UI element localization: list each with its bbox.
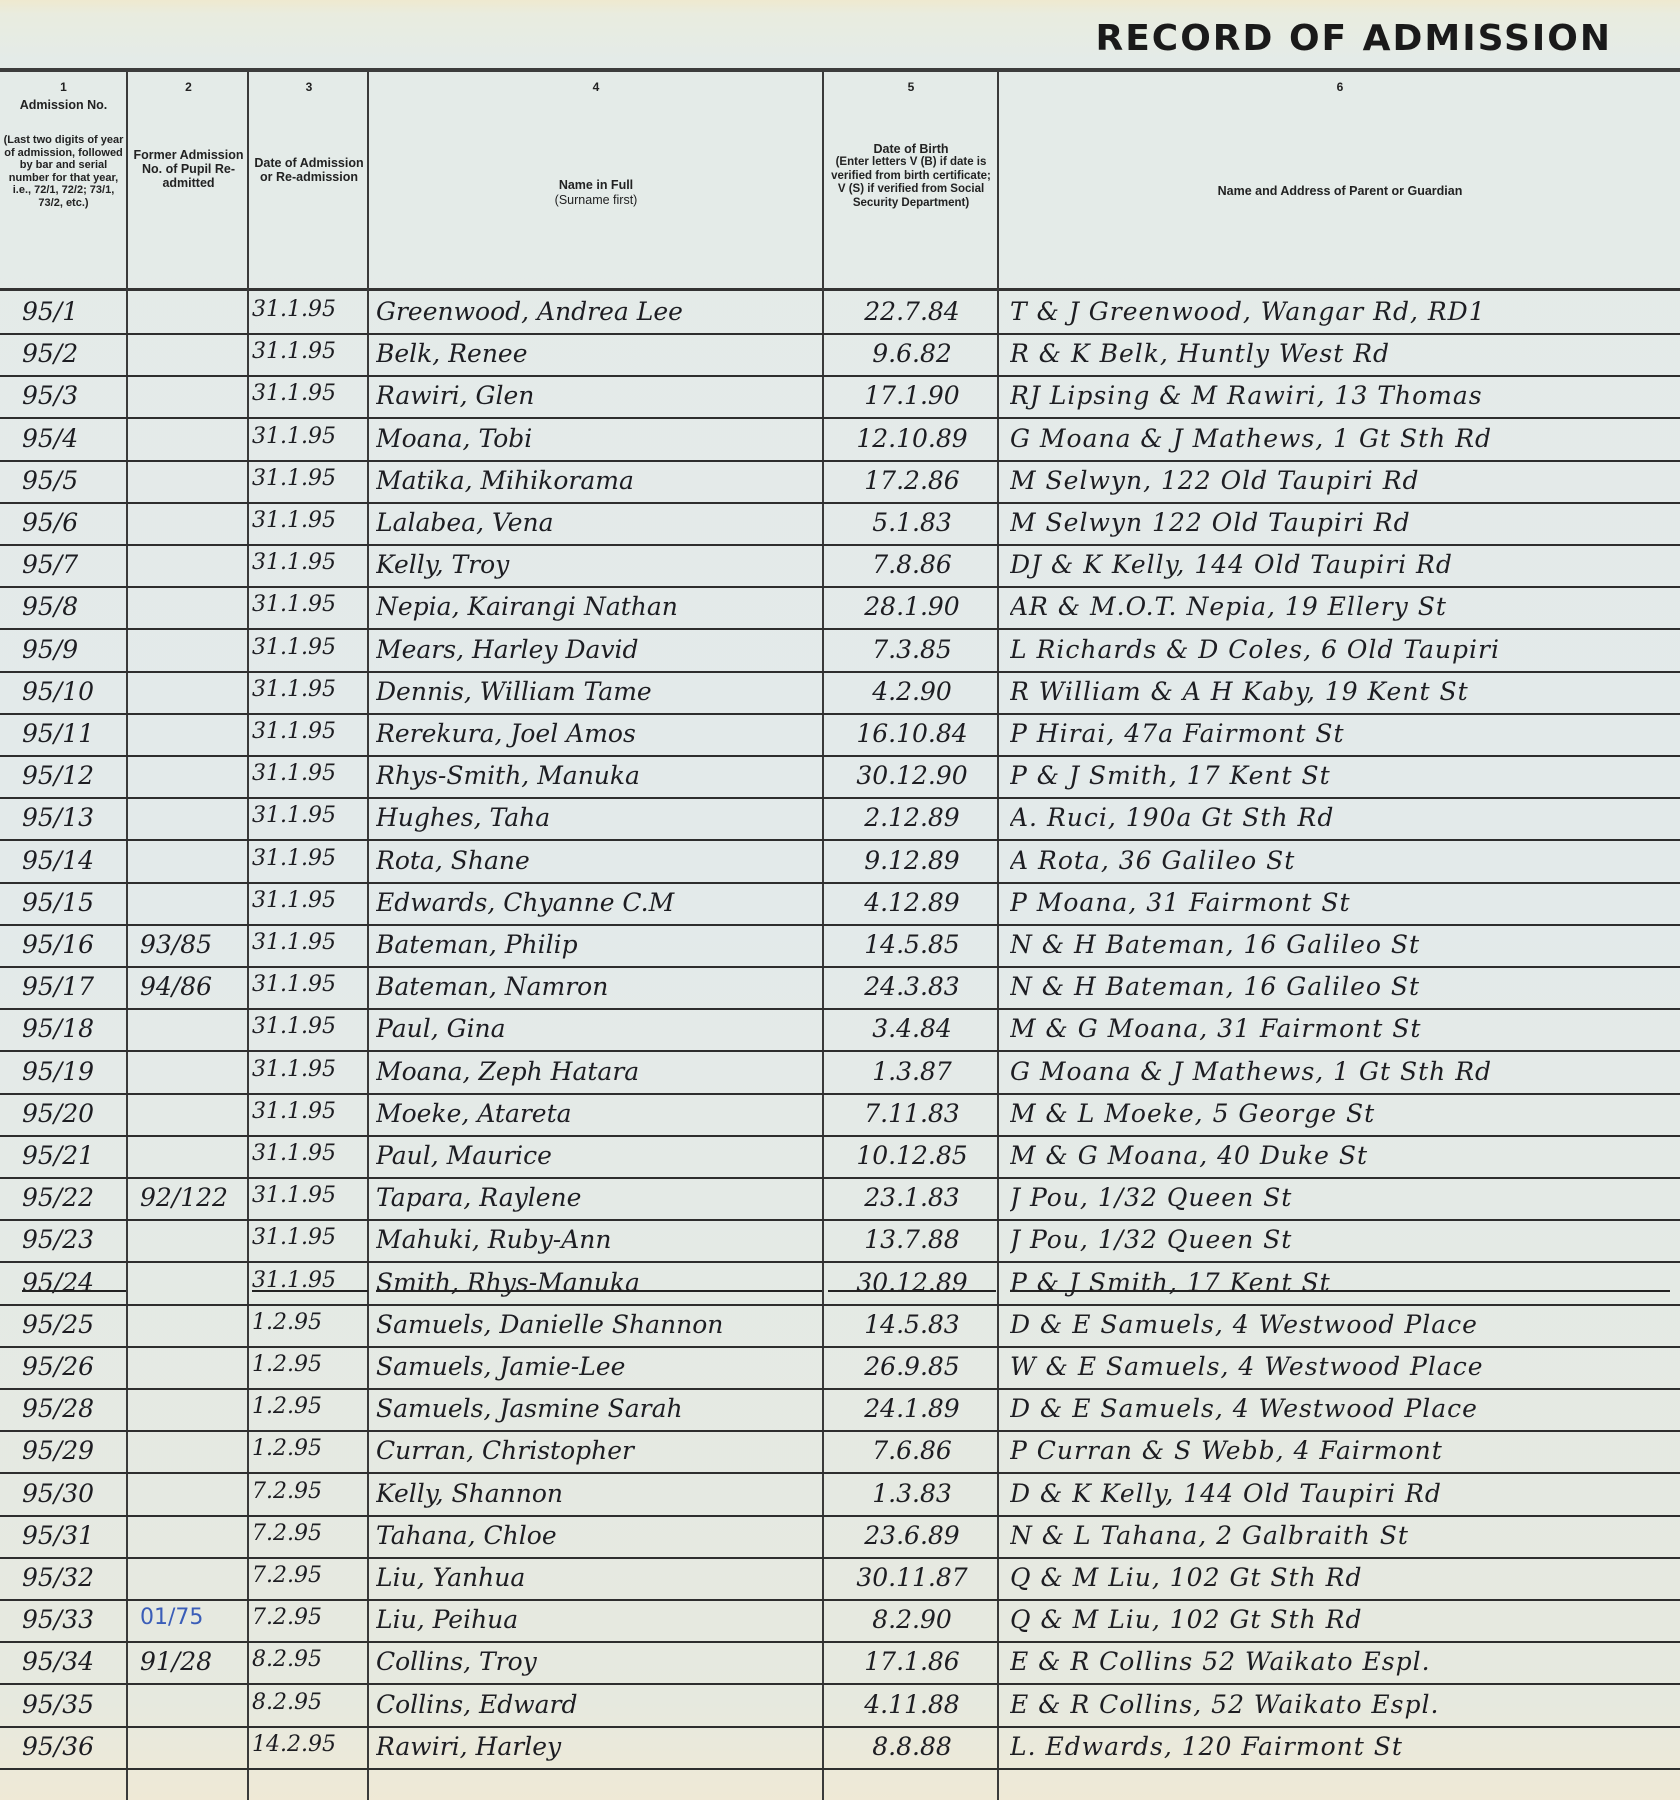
date-of-birth: 26.9.85 [828, 1352, 996, 1381]
admission-date: 31.1.95 [252, 930, 368, 955]
admission-number: 95/9 [22, 635, 126, 664]
pupil-name: Rerekura, Joel Amos [376, 719, 822, 748]
table-row: 95/15 31.1.95 Edwards, Chyanne C.M 4.12.… [0, 882, 1680, 926]
table-row: 95/4 31.1.95 Moana, Tobi 12.10.89 G Moan… [0, 418, 1680, 462]
admission-number: 95/11 [22, 719, 126, 748]
date-of-birth: 12.10.89 [828, 424, 996, 453]
pupil-name: Lalabea, Vena [376, 508, 822, 537]
date-of-birth: 5.1.83 [828, 508, 996, 537]
admission-number: 95/5 [22, 466, 126, 495]
table-row: 95/35 8.2.95 Collins, Edward 4.11.88 E &… [0, 1684, 1680, 1728]
header-col-2: 2 Former Admission No. of Pupil Re-admit… [129, 72, 248, 288]
pupil-name: Samuels, Danielle Shannon [376, 1310, 822, 1339]
parent-guardian: M Selwyn 122 Old Taupiri Rd [1010, 508, 1670, 537]
admission-number: 95/19 [22, 1057, 126, 1086]
date-of-birth: 9.12.89 [828, 846, 996, 875]
admission-date: 14.2.95 [252, 1732, 368, 1757]
parent-guardian: R & K Belk, Huntly West Rd [1010, 339, 1670, 368]
parent-guardian: M & L Moeke, 5 George St [1010, 1099, 1670, 1128]
admission-number: 95/14 [22, 846, 126, 875]
admission-number: 95/31 [22, 1521, 126, 1550]
admission-date: 1.2.95 [252, 1436, 368, 1461]
col-4-note: (Surname first) [372, 193, 820, 207]
table-row: 95/25 1.2.95 Samuels, Danielle Shannon 1… [0, 1304, 1680, 1348]
pupil-name: Paul, Maurice [376, 1141, 822, 1170]
date-of-birth: 1.3.83 [828, 1479, 996, 1508]
parent-guardian: A. Ruci, 190a Gt Sth Rd [1010, 803, 1670, 832]
parent-guardian: D & E Samuels, 4 Westwood Place [1010, 1394, 1670, 1423]
pupil-name: Rawiri, Glen [376, 381, 822, 410]
parent-guardian: J Pou, 1/32 Queen St [1010, 1225, 1670, 1254]
date-of-birth: 14.5.83 [828, 1310, 996, 1339]
former-admission-number: 92/122 [140, 1183, 248, 1212]
table-row: 95/2 31.1.95 Belk, Renee 9.6.82 R & K Be… [0, 333, 1680, 377]
admission-number: 95/36 [22, 1732, 126, 1761]
table-row: 95/9 31.1.95 Mears, Harley David 7.3.85 … [0, 629, 1680, 673]
admission-number: 95/20 [22, 1099, 126, 1128]
table-row: 95/22 92/122 31.1.95 Tapara, Raylene 23.… [0, 1177, 1680, 1221]
admission-number: 95/26 [22, 1352, 126, 1381]
date-of-birth: 7.8.86 [828, 550, 996, 579]
pupil-name: Greenwood, Andrea Lee [376, 297, 822, 326]
parent-guardian: N & L Tahana, 2 Galbraith St [1010, 1521, 1670, 1550]
admission-number: 95/22 [22, 1183, 126, 1212]
pupil-name: Paul, Gina [376, 1014, 822, 1043]
admission-date: 31.1.95 [252, 466, 368, 491]
parent-guardian: P & J Smith, 17 Kent St [1010, 1268, 1670, 1297]
parent-guardian: G Moana & J Mathews, 1 Gt Sth Rd [1010, 424, 1670, 453]
parent-guardian: L Richards & D Coles, 6 Old Taupiri [1010, 635, 1670, 664]
pupil-name: Nepia, Kairangi Nathan [376, 592, 822, 621]
table-row: 95/5 31.1.95 Matika, Mihikorama 17.2.86 … [0, 460, 1680, 504]
parent-guardian: E & R Collins, 52 Waikato Espl. [1010, 1690, 1670, 1719]
admission-date: 31.1.95 [252, 719, 368, 744]
admission-number: 95/17 [22, 972, 126, 1001]
admission-date: 1.2.95 [252, 1394, 368, 1419]
admission-date: 7.2.95 [252, 1605, 368, 1630]
pupil-name: Kelly, Shannon [376, 1479, 822, 1508]
pupil-name: Belk, Renee [376, 339, 822, 368]
pupil-name: Tapara, Raylene [376, 1183, 822, 1212]
admission-number: 95/15 [22, 888, 126, 917]
pupil-name: Samuels, Jasmine Sarah [376, 1394, 822, 1423]
admission-number: 95/6 [22, 508, 126, 537]
header-col-1: 1 Admission No. (Last two digits of year… [0, 72, 127, 288]
parent-guardian: M & G Moana, 40 Duke St [1010, 1141, 1670, 1170]
parent-guardian: E & R Collins 52 Waikato Espl. [1010, 1647, 1670, 1676]
parent-guardian: J Pou, 1/32 Queen St [1010, 1183, 1670, 1212]
table-row: 95/12 31.1.95 Rhys-Smith, Manuka 30.12.9… [0, 755, 1680, 799]
col-2-number: 2 [129, 80, 248, 94]
date-of-birth: 4.11.88 [828, 1690, 996, 1719]
pupil-name: Curran, Christopher [376, 1436, 822, 1465]
table-row: 95/29 1.2.95 Curran, Christopher 7.6.86 … [0, 1430, 1680, 1474]
date-of-birth: 4.2.90 [828, 677, 996, 706]
pupil-name: Moana, Tobi [376, 424, 822, 453]
pupil-name: Tahana, Chloe [376, 1521, 822, 1550]
admission-date: 31.1.95 [252, 677, 368, 702]
admission-date: 31.1.95 [252, 592, 368, 617]
pupil-name: Dennis, William Tame [376, 677, 822, 706]
admission-number: 95/24 [22, 1268, 126, 1297]
parent-guardian: AR & M.O.T. Nepia, 19 Ellery St [1010, 592, 1670, 621]
date-of-birth: 9.6.82 [828, 339, 996, 368]
table-row: 95/18 31.1.95 Paul, Gina 3.4.84 M & G Mo… [0, 1008, 1680, 1052]
admission-number: 95/28 [22, 1394, 126, 1423]
admission-date: 1.2.95 [252, 1352, 368, 1377]
admission-number: 95/7 [22, 550, 126, 579]
header-col-4: 4 Name in Full (Surname first) [370, 72, 822, 288]
admission-register-table: 1 Admission No. (Last two digits of year… [0, 68, 1680, 1800]
col-3-label: Date of Admission or Re-admission [252, 156, 366, 184]
parent-guardian: W & E Samuels, 4 Westwood Place [1010, 1352, 1670, 1381]
admission-number: 95/3 [22, 381, 126, 410]
pupil-name: Bateman, Philip [376, 930, 822, 959]
admission-date: 31.1.95 [252, 1099, 368, 1124]
header-col-5: 5 Date of Birth (Enter letters V (B) if … [824, 72, 998, 288]
parent-guardian: P Moana, 31 Fairmont St [1010, 888, 1670, 917]
date-of-birth: 7.11.83 [828, 1099, 996, 1128]
parent-guardian: RJ Lipsing & M Rawiri, 13 Thomas [1010, 381, 1670, 410]
col-5-label: Date of Birth [826, 142, 996, 156]
table-row: 95/7 31.1.95 Kelly, Troy 7.8.86 DJ & K K… [0, 544, 1680, 588]
col-1-label: Admission No. [2, 98, 125, 112]
parent-guardian: DJ & K Kelly, 144 Old Taupiri Rd [1010, 550, 1670, 579]
pupil-name: Liu, Yanhua [376, 1563, 822, 1592]
date-of-birth: 30.12.90 [828, 761, 996, 790]
parent-guardian: D & E Samuels, 4 Westwood Place [1010, 1310, 1670, 1339]
date-of-birth: 13.7.88 [828, 1225, 996, 1254]
parent-guardian: Q & M Liu, 102 Gt Sth Rd [1010, 1563, 1670, 1592]
date-of-birth: 17.2.86 [828, 466, 996, 495]
admission-date: 7.2.95 [252, 1563, 368, 1588]
parent-guardian: A Rota, 36 Galileo St [1010, 846, 1670, 875]
header-col-6: 6 Name and Address of Parent or Guardian [1000, 72, 1680, 288]
table-row: 95/30 7.2.95 Kelly, Shannon 1.3.83 D & K… [0, 1473, 1680, 1517]
admission-number: 95/1 [22, 297, 126, 326]
table-header: 1 Admission No. (Last two digits of year… [0, 72, 1680, 291]
admission-date: 7.2.95 [252, 1521, 368, 1546]
col-4-number: 4 [370, 80, 822, 94]
col-2-label: Former Admission No. of Pupil Re-admitte… [131, 148, 246, 190]
admission-date: 31.1.95 [252, 635, 368, 660]
admission-date: 1.2.95 [252, 1310, 368, 1335]
admission-date: 31.1.95 [252, 888, 368, 913]
admission-date: 31.1.95 [252, 761, 368, 786]
pupil-name: Moana, Zeph Hatara [376, 1057, 822, 1086]
date-of-birth: 1.3.87 [828, 1057, 996, 1086]
header-col-3: 3 Date of Admission or Re-admission [250, 72, 368, 288]
admission-date: 31.1.95 [252, 550, 368, 575]
col-5-note: (Enter letters V (B) if date is verified… [826, 156, 996, 210]
date-of-birth: 17.1.86 [828, 1647, 996, 1676]
admission-number: 95/21 [22, 1141, 126, 1170]
col-5-number: 5 [824, 80, 998, 94]
date-of-birth: 24.3.83 [828, 972, 996, 1001]
col-6-label: Name and Address of Parent or Guardian [1002, 184, 1678, 198]
date-of-birth: 3.4.84 [828, 1014, 996, 1043]
table-row: 95/19 31.1.95 Moana, Zeph Hatara 1.3.87 … [0, 1051, 1680, 1095]
col-1-note: (Last two digits of year of admission, f… [2, 134, 125, 209]
date-of-birth: 28.1.90 [828, 592, 996, 621]
date-of-birth: 23.1.83 [828, 1183, 996, 1212]
date-of-birth: 30.12.89 [828, 1268, 996, 1297]
pupil-name: Rawiri, Harley [376, 1732, 822, 1761]
admission-number: 95/13 [22, 803, 126, 832]
former-admission-number: 01/75 [140, 1605, 248, 1630]
admission-date: 8.2.95 [252, 1647, 368, 1672]
col-4-label: Name in Full [372, 178, 820, 192]
parent-guardian: P & J Smith, 17 Kent St [1010, 761, 1670, 790]
admission-date: 31.1.95 [252, 508, 368, 533]
pupil-name: Rota, Shane [376, 846, 822, 875]
table-row: 95/26 1.2.95 Samuels, Jamie-Lee 26.9.85 … [0, 1346, 1680, 1390]
date-of-birth: 10.12.85 [828, 1141, 996, 1170]
admission-number: 95/29 [22, 1436, 126, 1465]
admission-date: 31.1.95 [252, 1268, 368, 1293]
table-row: 95/14 31.1.95 Rota, Shane 9.12.89 A Rota… [0, 840, 1680, 884]
pupil-name: Bateman, Namron [376, 972, 822, 1001]
col-6-number: 6 [1000, 80, 1680, 94]
table-row: 95/1 31.1.95 Greenwood, Andrea Lee 22.7.… [0, 291, 1680, 335]
parent-guardian: T & J Greenwood, Wangar Rd, RD1 [1010, 297, 1670, 326]
admission-number: 95/30 [22, 1479, 126, 1508]
pupil-name: Rhys-Smith, Manuka [376, 761, 822, 790]
table-row: 95/11 31.1.95 Rerekura, Joel Amos 16.10.… [0, 713, 1680, 757]
admission-date: 31.1.95 [252, 424, 368, 449]
parent-guardian: P Hirai, 47a Fairmont St [1010, 719, 1670, 748]
admission-number: 95/12 [22, 761, 126, 790]
admission-number: 95/2 [22, 339, 126, 368]
admission-date: 31.1.95 [252, 846, 368, 871]
pupil-name: Mahuki, Ruby-Ann [376, 1225, 822, 1254]
table-row: 95/8 31.1.95 Nepia, Kairangi Nathan 28.1… [0, 586, 1680, 630]
pupil-name: Matika, Mihikorama [376, 466, 822, 495]
admission-date: 31.1.95 [252, 381, 368, 406]
pupil-name: Collins, Troy [376, 1647, 822, 1676]
former-admission-number: 94/86 [140, 972, 248, 1001]
date-of-birth: 8.8.88 [828, 1732, 996, 1761]
date-of-birth: 17.1.90 [828, 381, 996, 410]
admission-date: 31.1.95 [252, 803, 368, 828]
table-row: 95/21 31.1.95 Paul, Maurice 10.12.85 M &… [0, 1135, 1680, 1179]
pupil-name: Kelly, Troy [376, 550, 822, 579]
table-row: 95/17 94/86 31.1.95 Bateman, Namron 24.3… [0, 966, 1680, 1010]
parent-guardian: L. Edwards, 120 Fairmont St [1010, 1732, 1670, 1761]
date-of-birth: 24.1.89 [828, 1394, 996, 1423]
table-row: 95/10 31.1.95 Dennis, William Tame 4.2.9… [0, 671, 1680, 715]
table-row: 95/3 31.1.95 Rawiri, Glen 17.1.90 RJ Lip… [0, 375, 1680, 419]
table-row: 95/34 91/28 8.2.95 Collins, Troy 17.1.86… [0, 1641, 1680, 1685]
former-admission-number: 93/85 [140, 930, 248, 959]
table-row: 95/24 31.1.95 Smith, Rhys-Manuka 30.12.8… [0, 1262, 1680, 1306]
table-row: 95/16 93/85 31.1.95 Bateman, Philip 14.5… [0, 924, 1680, 968]
date-of-birth: 7.6.86 [828, 1436, 996, 1465]
date-of-birth: 4.12.89 [828, 888, 996, 917]
admission-number: 95/32 [22, 1563, 126, 1592]
table-row: 95/13 31.1.95 Hughes, Taha 2.12.89 A. Ru… [0, 797, 1680, 841]
parent-guardian: P Curran & S Webb, 4 Fairmont [1010, 1436, 1670, 1465]
admission-date: 31.1.95 [252, 339, 368, 364]
col-1-number: 1 [0, 80, 127, 94]
admission-date: 31.1.95 [252, 1057, 368, 1082]
date-of-birth: 2.12.89 [828, 803, 996, 832]
date-of-birth: 14.5.85 [828, 930, 996, 959]
pupil-name: Liu, Peihua [376, 1605, 822, 1634]
admission-number: 95/18 [22, 1014, 126, 1043]
date-of-birth: 30.11.87 [828, 1563, 996, 1592]
table-row: 95/28 1.2.95 Samuels, Jasmine Sarah 24.1… [0, 1388, 1680, 1432]
pupil-name: Mears, Harley David [376, 635, 822, 664]
date-of-birth: 16.10.84 [828, 719, 996, 748]
table-row: 95/23 31.1.95 Mahuki, Ruby-Ann 13.7.88 J… [0, 1219, 1680, 1263]
parent-guardian: M Selwyn, 122 Old Taupiri Rd [1010, 466, 1670, 495]
admission-date: 31.1.95 [252, 1225, 368, 1250]
parent-guardian: R William & A H Kaby, 19 Kent St [1010, 677, 1670, 706]
pupil-name: Samuels, Jamie-Lee [376, 1352, 822, 1381]
former-admission-number: 91/28 [140, 1647, 248, 1676]
admission-date: 31.1.95 [252, 1141, 368, 1166]
pupil-name: Moeke, Atareta [376, 1099, 822, 1128]
date-of-birth: 22.7.84 [828, 297, 996, 326]
col-3-number: 3 [250, 80, 368, 94]
date-of-birth: 23.6.89 [828, 1521, 996, 1550]
admission-date: 31.1.95 [252, 1014, 368, 1039]
table-row: 95/33 01/75 7.2.95 Liu, Peihua 8.2.90 Q … [0, 1599, 1680, 1643]
table-row: 95/32 7.2.95 Liu, Yanhua 30.11.87 Q & M … [0, 1557, 1680, 1601]
admission-date: 31.1.95 [252, 972, 368, 997]
pupil-name: Hughes, Taha [376, 803, 822, 832]
date-of-birth: 7.3.85 [828, 635, 996, 664]
table-row: 95/31 7.2.95 Tahana, Chloe 23.6.89 N & L… [0, 1515, 1680, 1559]
admission-number: 95/23 [22, 1225, 126, 1254]
parent-guardian: D & K Kelly, 144 Old Taupiri Rd [1010, 1479, 1670, 1508]
pupil-name: Collins, Edward [376, 1690, 822, 1719]
table-row: 95/36 14.2.95 Rawiri, Harley 8.8.88 L. E… [0, 1726, 1680, 1770]
admission-number: 95/35 [22, 1690, 126, 1719]
page-title: RECORD OF ADMISSION [1095, 18, 1612, 59]
admission-date: 7.2.95 [252, 1479, 368, 1504]
parent-guardian: N & H Bateman, 16 Galileo St [1010, 930, 1670, 959]
admission-number: 95/34 [22, 1647, 126, 1676]
admission-number: 95/33 [22, 1605, 126, 1634]
parent-guardian: N & H Bateman, 16 Galileo St [1010, 972, 1670, 1001]
date-of-birth: 8.2.90 [828, 1605, 996, 1634]
admission-number: 95/25 [22, 1310, 126, 1339]
admission-number: 95/8 [22, 592, 126, 621]
table-row: 95/6 31.1.95 Lalabea, Vena 5.1.83 M Selw… [0, 502, 1680, 546]
admission-date: 8.2.95 [252, 1690, 368, 1715]
parent-guardian: M & G Moana, 31 Fairmont St [1010, 1014, 1670, 1043]
parent-guardian: Q & M Liu, 102 Gt Sth Rd [1010, 1605, 1670, 1634]
parent-guardian: G Moana & J Mathews, 1 Gt Sth Rd [1010, 1057, 1670, 1086]
admission-number: 95/10 [22, 677, 126, 706]
admission-date: 31.1.95 [252, 1183, 368, 1208]
pupil-name: Edwards, Chyanne C.M [376, 888, 822, 917]
admission-date: 31.1.95 [252, 297, 368, 322]
table-row: 95/20 31.1.95 Moeke, Atareta 7.11.83 M &… [0, 1093, 1680, 1137]
admission-number: 95/4 [22, 424, 126, 453]
admission-number: 95/16 [22, 930, 126, 959]
pupil-name: Smith, Rhys-Manuka [376, 1268, 822, 1297]
